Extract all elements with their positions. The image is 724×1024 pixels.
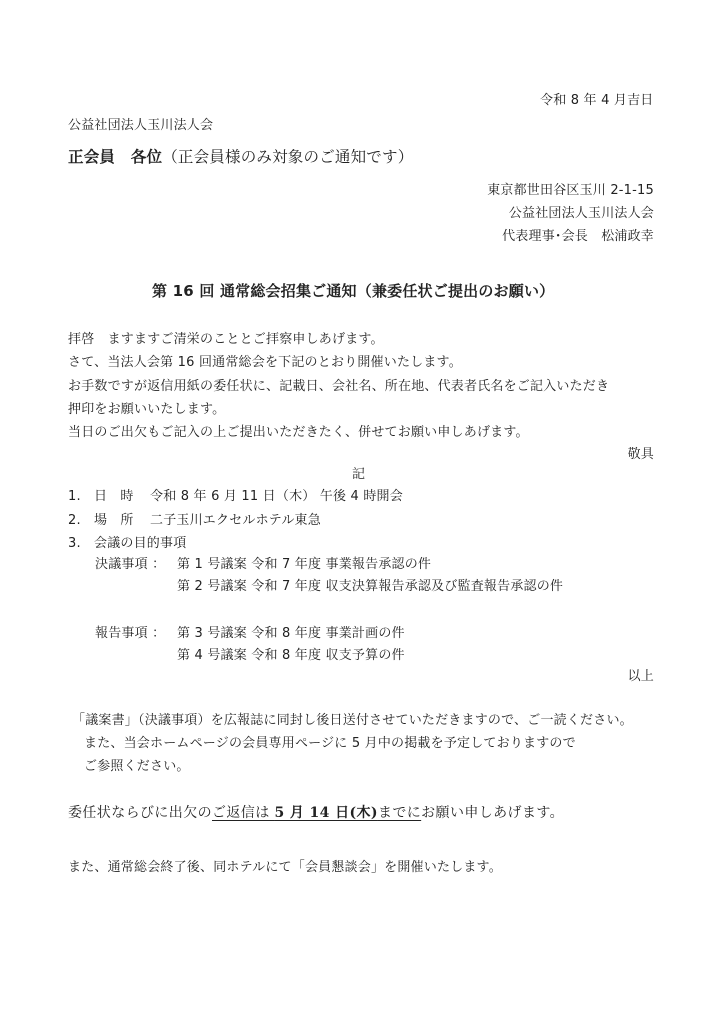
report-item-2: 第 4 号議案 令和 8 年度 収支予算の件 bbox=[95, 647, 405, 665]
body-line-3: お手数ですが返信用紙の委任状に、記載日、会社名、所在地、代表者氏名をご記入いただ… bbox=[68, 378, 609, 396]
reply-deadline: 委任状ならびに出欠のご返信は 5 月 14 日(木)までにお願い申しあげます。 bbox=[68, 804, 564, 822]
body-line-4: 押印をお願いいたします。 bbox=[68, 401, 225, 419]
reports-label: 報告事項 ： bbox=[95, 625, 177, 643]
notice-heading: 記 bbox=[352, 466, 365, 484]
item-label: 会議の目的事項 bbox=[94, 536, 186, 551]
body-line-2: さて、当法人会第 16 回通常総会を下記のとおり開催いたします。 bbox=[68, 354, 462, 372]
addressee-note: （正会員様のみ対象のご通知です） bbox=[162, 148, 413, 166]
document-title: 第 16 回 通常総会招集ご通知（兼委任状ご提出のお願い） bbox=[152, 281, 554, 301]
resolution-item-2: 第 2 号議案 令和 7 年度 収支決算報告承認及び監査報告承認の件 bbox=[95, 578, 563, 596]
agenda-item: 第 1 号議案 令和 7 年度 事業報告承認の件 bbox=[177, 556, 431, 574]
sender-representative: 代表理事･会長 松浦政幸 bbox=[502, 228, 654, 246]
sender-organization: 公益社団法人玉川法人会 bbox=[509, 205, 654, 223]
item-number: 1. bbox=[68, 488, 94, 506]
notice-item-agenda: 3.会議の目的事項 bbox=[68, 535, 186, 553]
deadline-prefix: 委任状ならびに出欠の bbox=[68, 805, 212, 821]
addressee-main: 正会員 各位 bbox=[68, 148, 162, 166]
notice-item-datetime: 1.日 時令和 8 年 6 月 11 日（木） 午後 4 時開会 bbox=[68, 488, 403, 506]
item-value: 二子玉川エクセルホテル東急 bbox=[150, 513, 321, 528]
agenda-note-line-1: 「議案書」（決議事項）を広報誌に同封し後日送付させていただきますので、ご一読くだ… bbox=[72, 712, 633, 730]
sender-address: 東京都世田谷区玉川 2-1-15 bbox=[487, 182, 654, 200]
notice-item-venue: 2.場 所二子玉川エクセルホテル東急 bbox=[68, 512, 321, 530]
agenda-note-line-2: また、当会ホームページの会員専用ページに 5 月中の掲載を予定しておりますので bbox=[84, 735, 576, 753]
item-number: 2. bbox=[68, 512, 94, 530]
body-line-1: 拝啓 ますますご清栄のこととご拝察申しあげます。 bbox=[68, 331, 384, 349]
agenda-item: 第 4 号議案 令和 8 年度 収支予算の件 bbox=[177, 647, 405, 665]
addressee: 正会員 各位（正会員様のみ対象のご通知です） bbox=[68, 147, 413, 167]
document-date: 令和 8 年 4 月吉日 bbox=[540, 92, 653, 110]
reception-note: また、通常総会終了後、同ホテルにて「会員懇談会」を開催いたします。 bbox=[68, 859, 502, 877]
body-line-5: 当日のご出欠もご記入の上ご提出いただきたく、併せてお願い申しあげます。 bbox=[68, 424, 529, 442]
resolution-item-1: 決議事項 ：第 1 号議案 令和 7 年度 事業報告承認の件 bbox=[95, 556, 431, 574]
deadline-suffix: お願い申しあげます。 bbox=[421, 805, 564, 821]
deadline-date: 5 月 14 日(木) bbox=[274, 805, 378, 821]
item-value: 令和 8 年 6 月 11 日（木） 午後 4 時開会 bbox=[150, 489, 403, 504]
item-number: 3. bbox=[68, 535, 94, 553]
resolutions-label: 決議事項 ： bbox=[95, 556, 177, 574]
report-item-1: 報告事項 ：第 3 号議案 令和 8 年度 事業計画の件 bbox=[95, 625, 405, 643]
notice-end: 以上 bbox=[628, 668, 654, 686]
agenda-item: 第 3 号議案 令和 8 年度 事業計画の件 bbox=[177, 625, 405, 643]
closing-keigu: 敬具 bbox=[628, 446, 654, 464]
agenda-item: 第 2 号議案 令和 7 年度 収支決算報告承認及び監査報告承認の件 bbox=[177, 578, 563, 596]
item-label: 日 時 bbox=[94, 488, 150, 506]
deadline-underlined: ご返信は 5 月 14 日(木)までに bbox=[212, 805, 421, 821]
recipient-organization: 公益社団法人玉川法人会 bbox=[68, 117, 213, 135]
item-label: 場 所 bbox=[94, 512, 150, 530]
agenda-note-line-3: ご参照ください。 bbox=[84, 758, 190, 776]
